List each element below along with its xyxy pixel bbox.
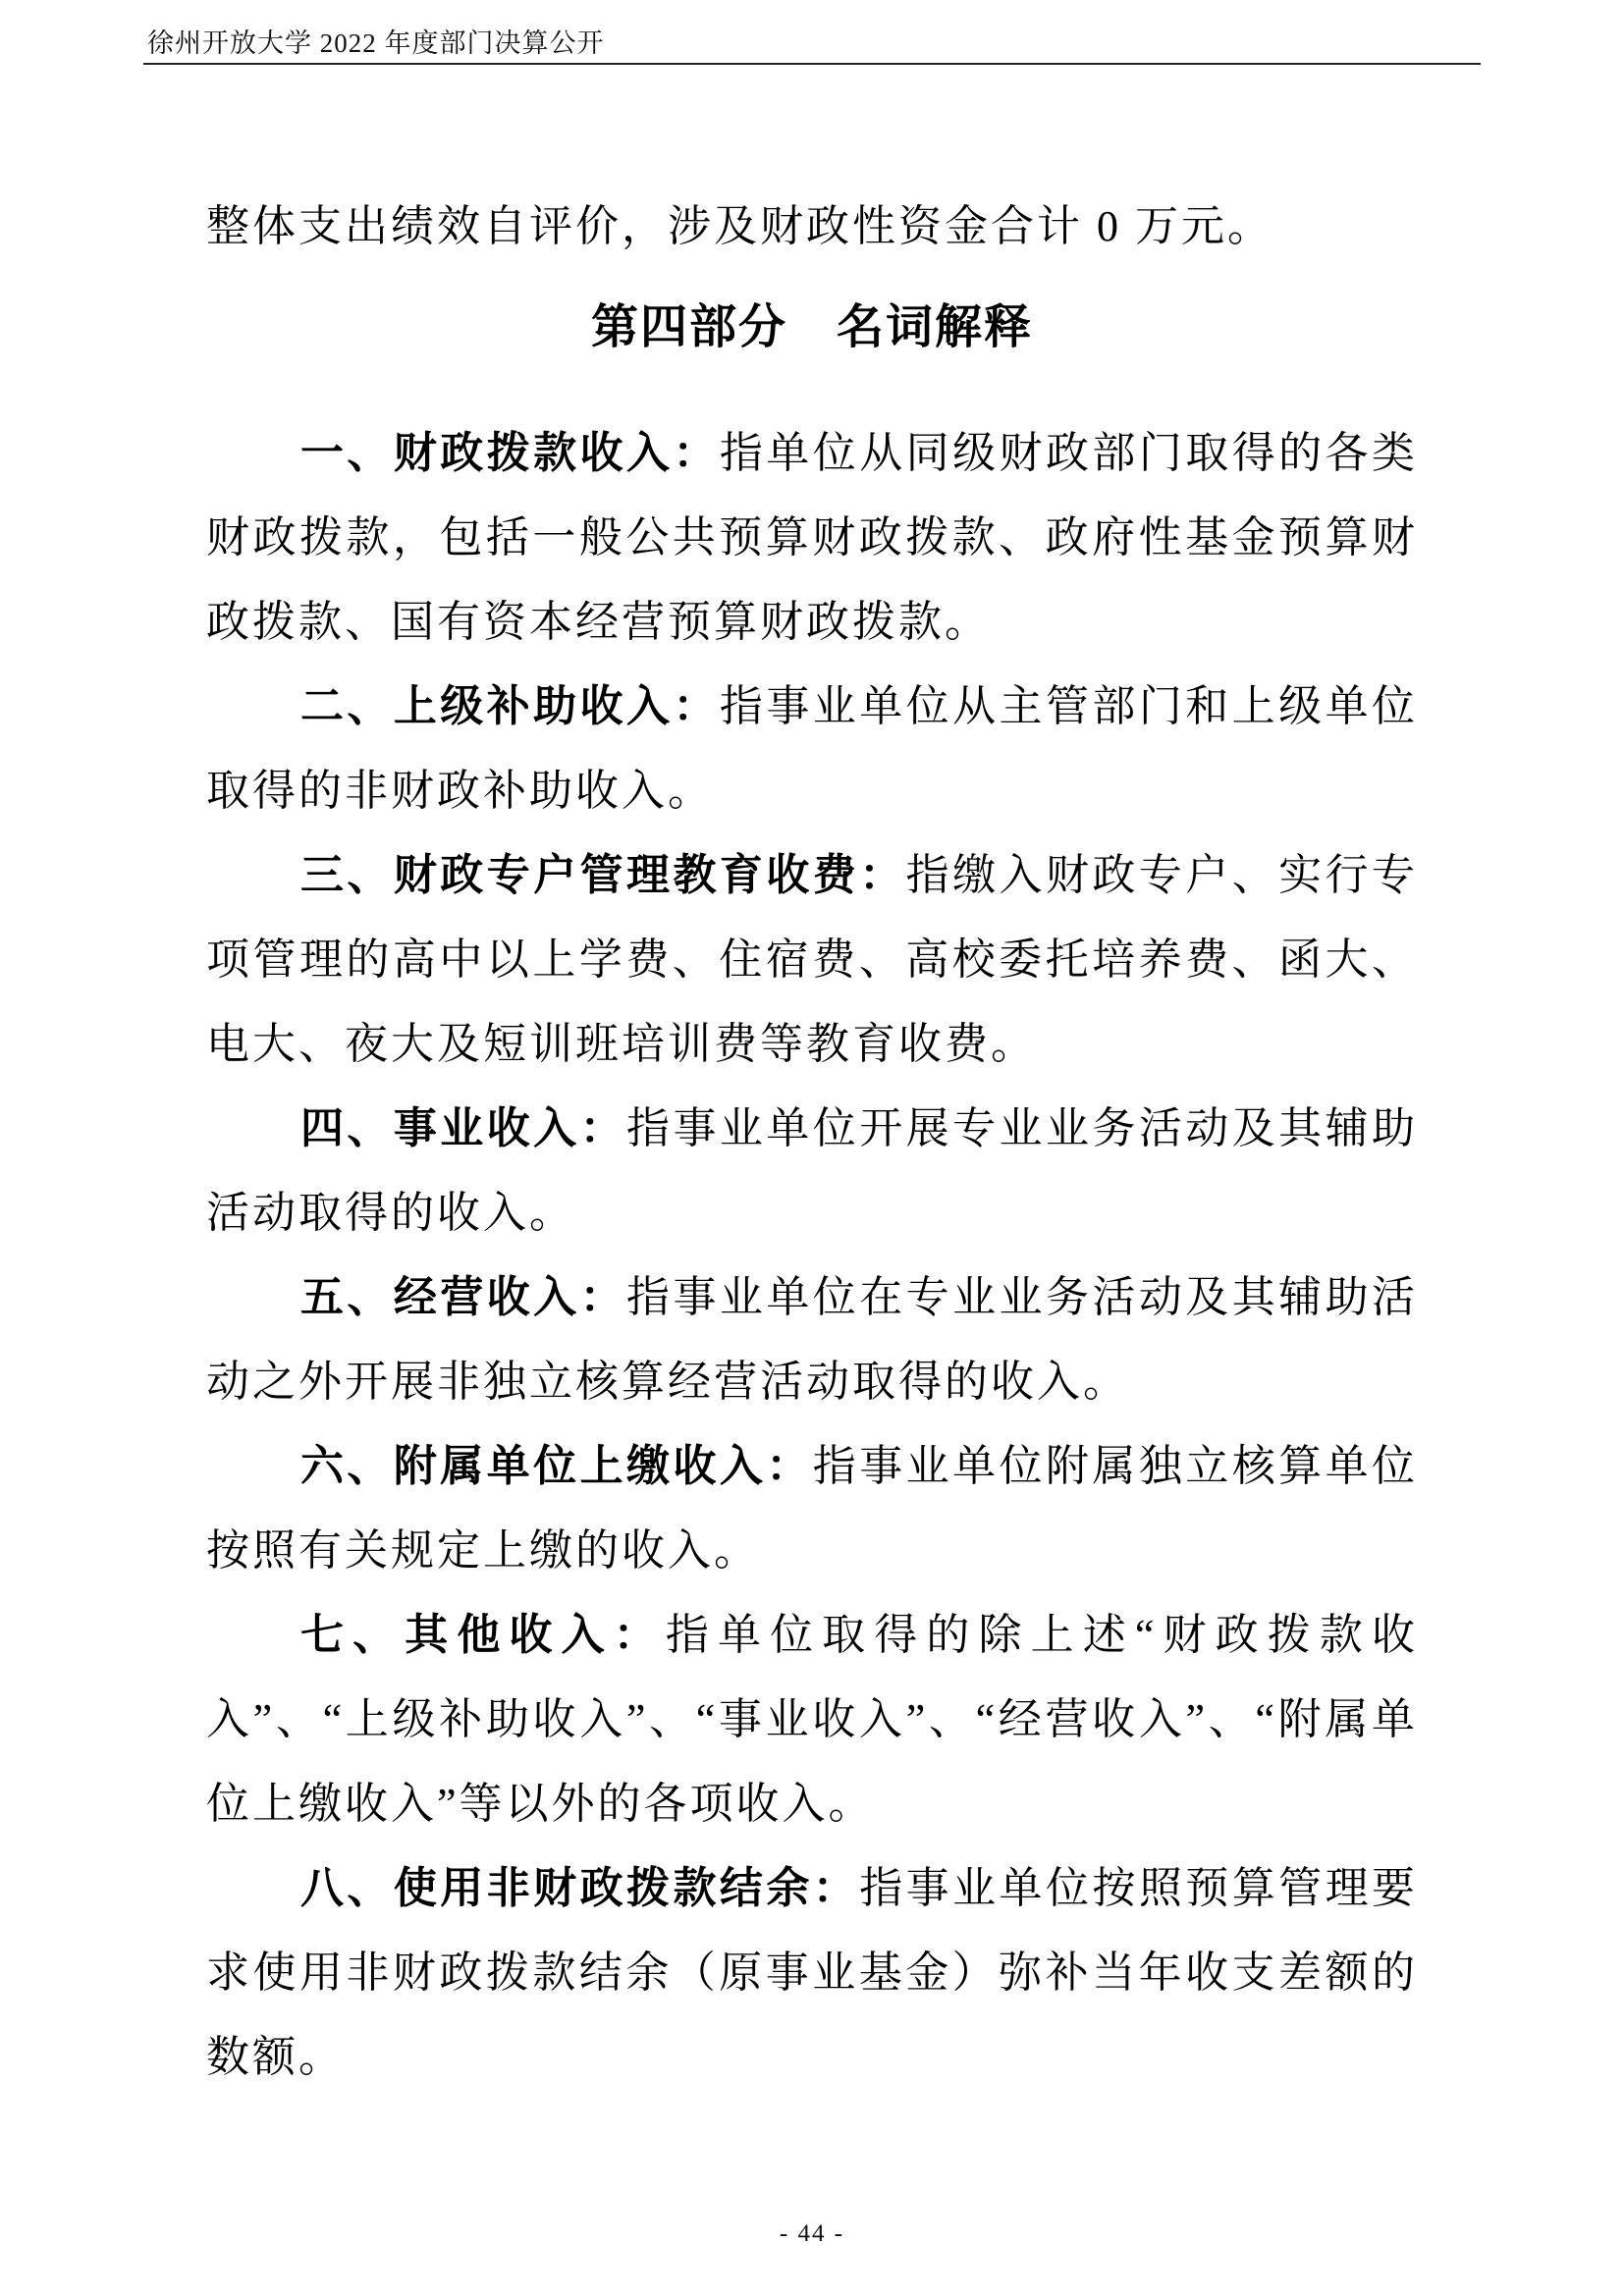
term-paragraph: 二、上级补助收入：指事业单位从主管部门和上级单位取得的非财政补助收入。 — [206, 665, 1418, 833]
term-label: 三、财政专户管理教育收费： — [300, 851, 906, 899]
term-paragraph: 七、其他收入：指单位取得的除上述“财政拨款收入”、“上级补助收入”、“事业收入”… — [206, 1593, 1418, 1846]
page-footer: - 44 - — [206, 2220, 1418, 2248]
term-paragraph: 六、附属单位上缴收入：指事业单位附属独立核算单位按照有关规定上缴的收入。 — [206, 1424, 1418, 1593]
section-title: 第四部分 名词解释 — [206, 286, 1418, 370]
term-label: 六、附属单位上缴收入： — [300, 1442, 813, 1490]
header-title: 徐州开放大学 2022 年度部门决算公开 — [147, 22, 605, 60]
document-body: 整体支出绩效自评价，涉及财政性资金合计 0 万元。 第四部分 名词解释 一、财政… — [206, 185, 1418, 2100]
intro-paragraph: 整体支出绩效自评价，涉及财政性资金合计 0 万元。 — [206, 185, 1418, 269]
term-label: 八、使用非财政拨款结余： — [300, 1864, 859, 1912]
term-paragraph: 三、财政专户管理教育收费：指缴入财政专户、实行专项管理的高中以上学费、住宿费、高… — [206, 833, 1418, 1087]
term-label: 一、财政拨款收入： — [300, 429, 720, 477]
document-page: 徐州开放大学 2022 年度部门决算公开 整体支出绩效自评价，涉及财政性资金合计… — [0, 0, 1624, 2296]
term-label: 五、经营收入： — [300, 1273, 626, 1321]
term-paragraph: 一、财政拨款收入：指单位从同级财政部门取得的各类财政拨款，包括一般公共预算财政拨… — [206, 411, 1418, 665]
term-label: 二、上级补助收入： — [300, 682, 720, 730]
term-label: 四、事业收入： — [300, 1104, 626, 1152]
term-label: 七、其他收入： — [300, 1611, 666, 1659]
term-paragraph: 五、经营收入：指事业单位在专业业务活动及其辅助活动之外开展非独立核算经营活动取得… — [206, 1255, 1418, 1424]
term-paragraph: 四、事业收入：指事业单位开展专业业务活动及其辅助活动取得的收入。 — [206, 1087, 1418, 1255]
header-divider — [143, 63, 1481, 65]
page-number: - 44 - — [780, 2220, 844, 2247]
term-paragraph: 八、使用非财政拨款结余：指事业单位按照预算管理要求使用非财政拨款结余（原事业基金… — [206, 1846, 1418, 2100]
